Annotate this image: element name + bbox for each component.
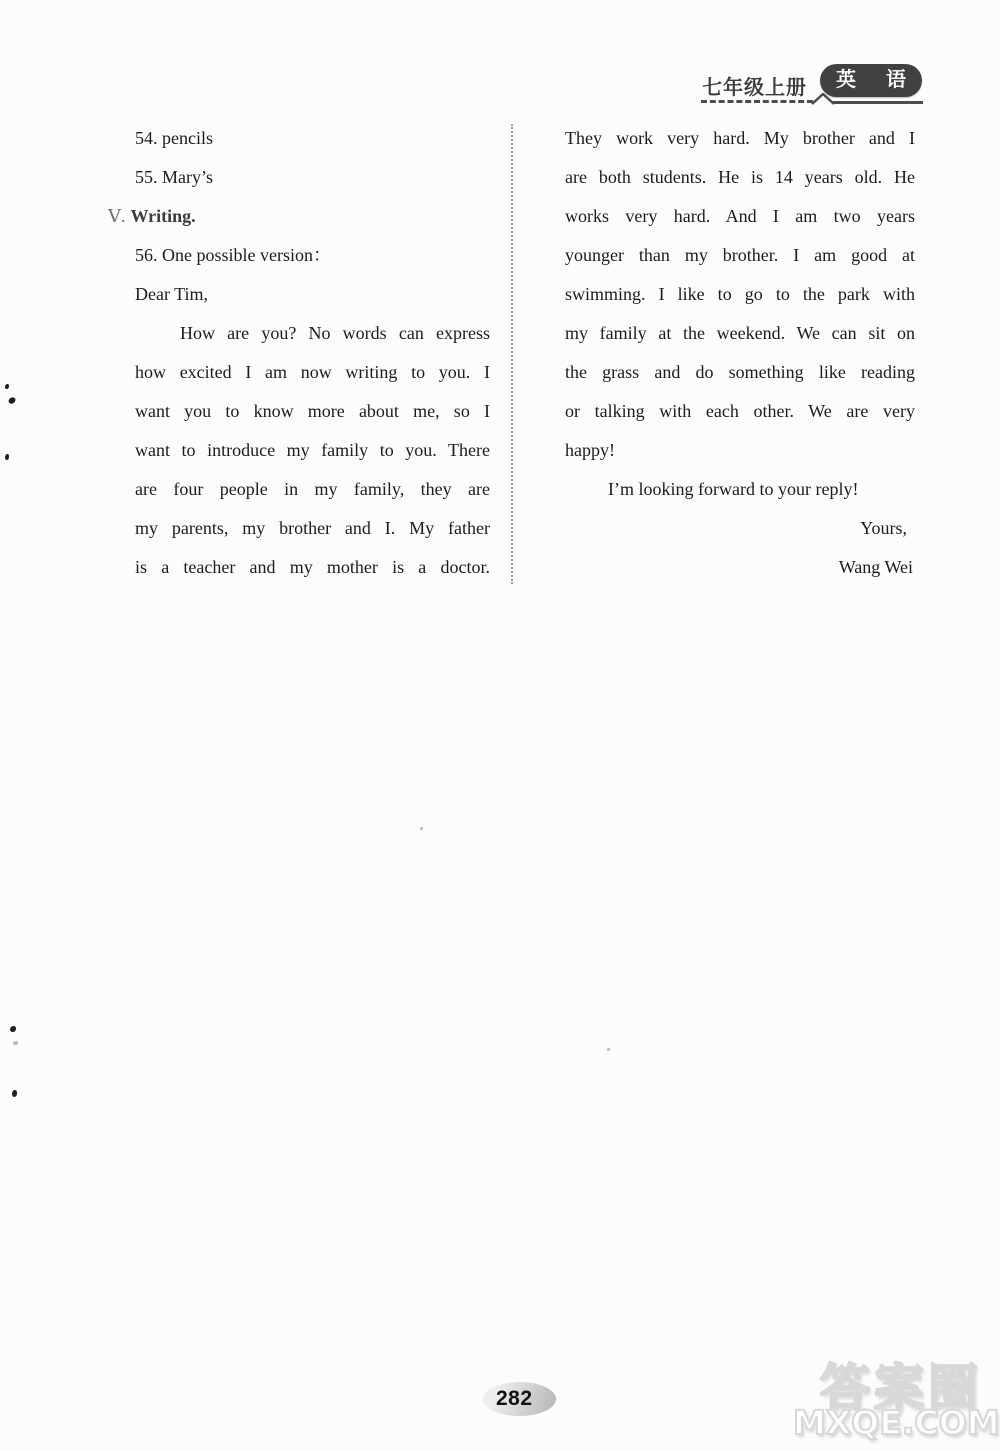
letter-line: want you to know more about me, so I [108,392,490,431]
column-divider [511,124,513,584]
ink-speck [8,396,17,405]
letter-salutation: Dear Tim, [108,275,490,314]
letter-line: is a teacher and my mother is a doctor. [108,548,490,587]
section-numeral: Ⅴ. [108,206,131,226]
letter-line: swimming. I like to go to the park with [565,275,915,314]
caret-icon [811,93,835,105]
header-dashed-rule [701,100,813,103]
header-caret-mark [811,92,835,110]
letter-line: are four people in my family, they are [108,470,490,509]
letter-line: want to introduce my family to you. Ther… [108,431,490,470]
header-solid-rule [833,101,923,104]
letter-signoff: Yours, [565,509,915,548]
watermark-site: MXQE.COM [793,1403,1000,1442]
ink-speck [10,1026,16,1032]
ink-speck [5,454,9,460]
letter-closing: I’m looking forward to your reply! [565,470,915,509]
page-number: 282 [483,1387,533,1411]
scanned-page: 七年级上册 英 语 54. pencils 55. Mary’s Ⅴ.Writi… [0,0,1000,1451]
letter-line: my family at the weekend. We can sit on [565,314,915,353]
right-column: They work very hard. My brother and I ar… [565,119,915,587]
letter-line: They work very hard. My brother and I [565,119,915,158]
letter-line: or talking with each other. We are very [565,392,915,431]
ink-speck [12,1090,17,1097]
letter-line: are both students. He is 14 years old. H… [565,158,915,197]
letter-signature: Wang Wei [565,548,915,587]
subject-badge: 英 语 [820,64,922,97]
ink-speck [607,1048,610,1051]
letter-line: How are you? No words can express [108,314,490,353]
ink-speck [5,384,9,389]
answer-item-55: 55. Mary’s [108,158,490,197]
section-title: Writing. [131,206,196,226]
letter-line: younger than my brother. I am good at [565,236,915,275]
section-heading-writing: Ⅴ.Writing. [108,197,490,236]
letter-line: works very hard. And I am two years [565,197,915,236]
grade-label: 七年级上册 [702,71,807,100]
letter-line: the grass and do something like reading [565,353,915,392]
letter-line: happy! [565,431,915,470]
ink-speck [13,1041,18,1045]
answer-item-54: 54. pencils [108,119,490,158]
left-column: 54. pencils 55. Mary’s Ⅴ.Writing. 56. On… [108,119,490,587]
letter-line: how excited I am now writing to you. I [108,353,490,392]
letter-line: my parents, my brother and I. My father [108,509,490,548]
ink-speck [420,827,423,830]
answer-item-56: 56. One possible version： [108,236,490,275]
page-number-oval: 282 [483,1382,556,1416]
